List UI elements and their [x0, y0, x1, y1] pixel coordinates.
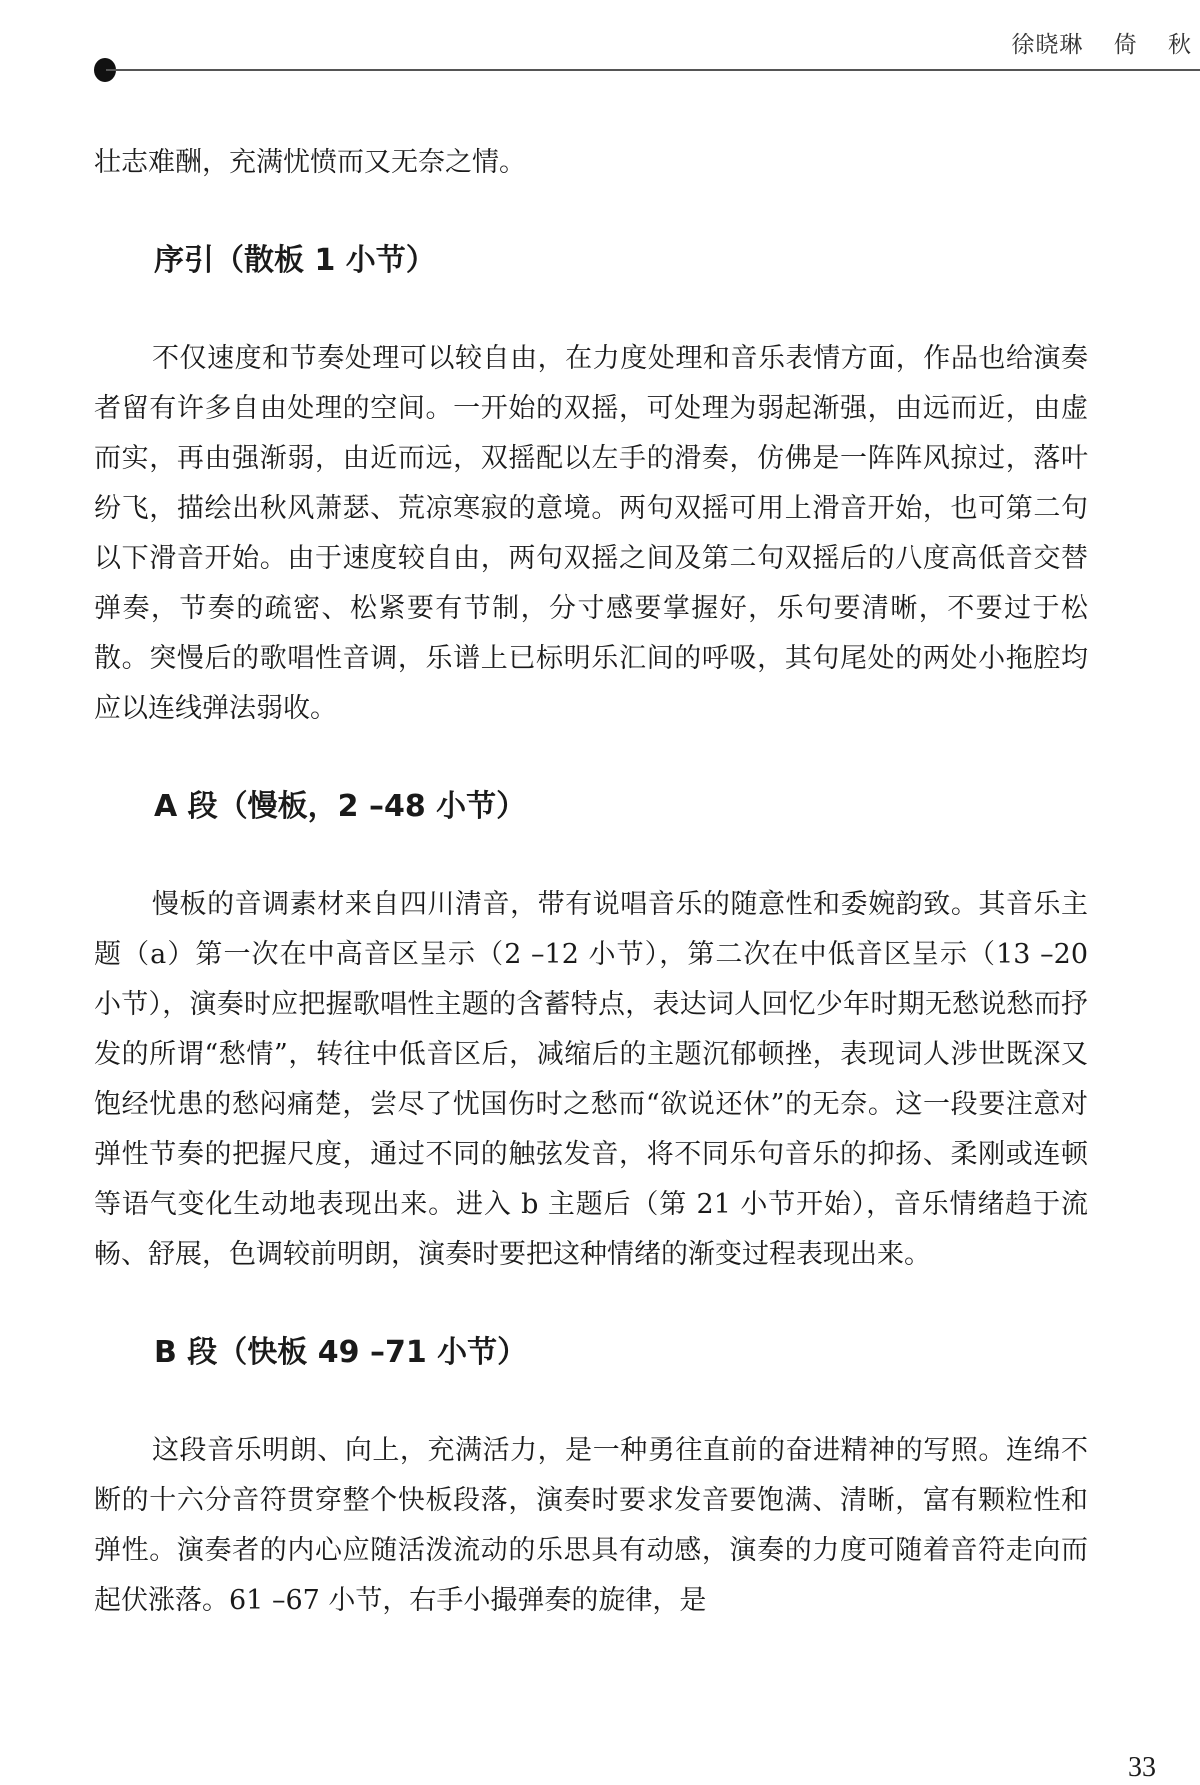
running-head-author: 徐晓琳 [1011, 32, 1083, 58]
intro-line: 壮志难酬，充满忧愤而又无奈之情。 [94, 138, 1088, 188]
section-heading-b: B 段（快板 49 –71 小节） [94, 1328, 1088, 1378]
section-heading-a: A 段（慢板，2 –48 小节） [94, 782, 1088, 832]
page-body: 壮志难酬，充满忧愤而又无奈之情。 序引（散板 1 小节） 不仅速度和节奏处理可以… [94, 138, 1088, 1626]
running-head-title-1: 倚 [1114, 32, 1138, 58]
running-head: 徐晓琳 倚 秋 [989, 26, 1192, 59]
paragraph-b: 这段音乐明朗、向上，充满活力，是一种勇往直前的奋进精神的写照。连绵不断的十六分音… [94, 1426, 1088, 1626]
running-head-title-2: 秋 [1168, 32, 1192, 58]
page-number: 33 [1128, 1752, 1156, 1784]
paragraph-prelude: 不仅速度和节奏处理可以较自由，在力度处理和音乐表情方面，作品也给演奏者留有许多自… [94, 334, 1088, 734]
paragraph-a: 慢板的音调素材来自四川清音，带有说唱音乐的随意性和委婉韵致。其音乐主题（a）第一… [94, 880, 1088, 1280]
section-heading-prelude: 序引（散板 1 小节） [94, 236, 1088, 286]
header-rule [106, 69, 1200, 71]
